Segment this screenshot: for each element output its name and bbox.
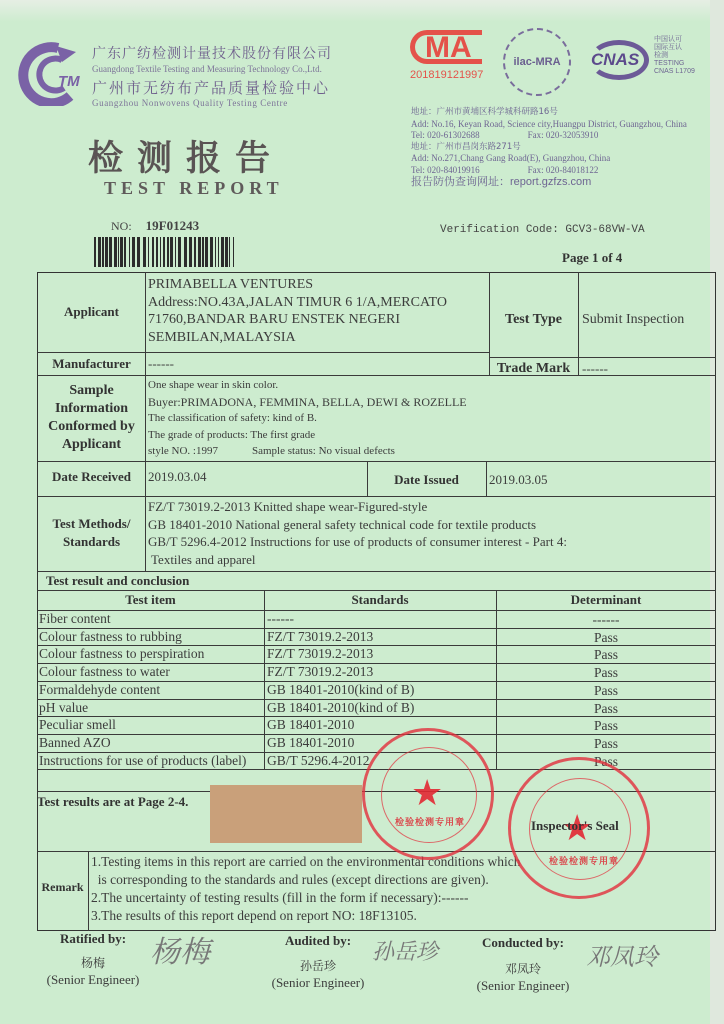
report-title-en: TEST REPORT [104, 178, 284, 199]
date-received-value: 2019.03.04 [148, 469, 207, 485]
test-type-label: Test Type [489, 312, 578, 328]
ratified-signature: 杨梅 [150, 927, 210, 971]
company-name-cn: 广东广纺检测计量技术股份有限公司 [92, 43, 332, 63]
cnas-accreditation-text: 中国认可 国际互认 检测 TESTING CNAS L1709 [654, 36, 695, 76]
test-determinant: Pass [496, 647, 716, 663]
manufacturer-value: ------ [148, 356, 174, 372]
remark-text: 1.Testing items in this report are carri… [91, 853, 520, 925]
table-row-divider [37, 734, 716, 735]
barcode-icon [94, 237, 234, 267]
audited-by-label: Audited by: [265, 933, 371, 949]
test-item: Formaldehyde content [39, 682, 160, 698]
test-item: Banned AZO [39, 735, 111, 751]
test-type-value: Submit Inspection [582, 312, 684, 328]
cnas-icon: CNAS [589, 40, 649, 80]
test-standard: FZ/T 73019.2-2013 [267, 646, 373, 662]
test-standard: FZ/T 73019.2-2013 [267, 629, 373, 645]
test-item: Colour fastness to rubbing [39, 629, 182, 645]
centre-name-en: Guangzhou Nonwovens Quality Testing Cent… [92, 98, 332, 108]
column-header: Determinant [496, 592, 716, 608]
audited-by-name: 孙岳珍 [265, 957, 371, 974]
test-standard: GB 18401-2010(kind of B) [267, 682, 414, 698]
sample-info-value: One shape wear in skin color. Buyer:PRIM… [148, 377, 467, 460]
trade-mark-label: Trade Mark [489, 361, 578, 377]
inspector-seal-label: Inspector's Seal [531, 818, 619, 834]
results-pages-note: Test results are at Page 2-4. [37, 794, 188, 810]
column-header: Test item [37, 592, 264, 608]
trade-mark-value: ------ [582, 361, 608, 377]
ilac-mra-icon: ilac-MRA [503, 28, 571, 96]
test-standard: ------ [267, 611, 294, 627]
audited-by-title: (Senior Engineer) [260, 975, 376, 991]
test-item: pH value [39, 700, 88, 716]
report-number: NO:19F01243 [111, 218, 199, 234]
test-determinant: Pass [496, 683, 716, 699]
company-stamp-icon: ★ 检验检测专用章 [362, 728, 494, 860]
test-standard: GB/T 5296.4-2012 [267, 753, 370, 769]
test-standard: FZ/T 73019.2-2013 [267, 664, 373, 680]
address-block: 地址：广州市黄埔区科学城科研路16号 Add: No.16, Keyan Roa… [411, 107, 687, 189]
paper-top-edge [0, 0, 724, 22]
verification-code: Verification Code: GCV3-68VW-VA [440, 224, 645, 236]
svg-text:TM: TM [58, 73, 80, 90]
test-item: Peculiar smell [39, 717, 116, 733]
page-indicator: Page 1 of 4 [562, 250, 622, 266]
test-standard: GB 18401-2010(kind of B) [267, 700, 414, 716]
test-item: Colour fastness to water [39, 664, 170, 680]
test-methods-label: Test Methods/ Standards [38, 515, 145, 551]
test-standard: GB 18401-2010 [267, 717, 354, 733]
audited-signature: 孙岳珍 [372, 935, 438, 966]
redaction-tape [210, 785, 362, 843]
test-determinant: Pass [496, 736, 716, 752]
test-determinant: ------ [496, 612, 716, 628]
test-determinant: Pass [496, 701, 716, 717]
sample-info-label: Sample Information Conformed by Applican… [38, 382, 145, 454]
company-name-en: Guangdong Textile Testing and Measuring … [92, 64, 332, 74]
conducted-by-name: 邓凤玲 [470, 960, 576, 977]
test-determinant: Pass [496, 665, 716, 681]
test-item: Instructions for use of products (label) [39, 753, 246, 769]
date-received-label: Date Received [38, 469, 145, 485]
test-item: Fiber content [39, 611, 111, 627]
manufacturer-label: Manufacturer [38, 356, 145, 372]
applicant-value: PRIMABELLA VENTURES Address:NO.43A,JALAN… [148, 276, 447, 346]
remark-label: Remark [37, 880, 88, 895]
centre-name-cn: 广州市无纺布产品质量检验中心 [92, 77, 332, 98]
date-issued-value: 2019.03.05 [489, 472, 548, 488]
test-determinant: Pass [496, 718, 716, 734]
ratified-by-title: (Senior Engineer) [35, 972, 151, 988]
organization-block: 广东广纺检测计量技术股份有限公司 Guangdong Textile Testi… [92, 43, 332, 108]
conducted-signature: 邓凤玲 [586, 937, 658, 972]
test-determinant: Pass [496, 630, 716, 646]
applicant-label: Applicant [38, 304, 145, 320]
report-title-cn: 检测报告 [88, 131, 284, 181]
conducted-by-title: (Senior Engineer) [465, 978, 581, 994]
verification-website: 报告防伪查询网址：report.gzfzs.com [411, 177, 687, 189]
conducted-by-label: Conducted by: [470, 935, 576, 951]
test-standard: GB 18401-2010 [267, 735, 354, 751]
cma-number: 201819121997 [410, 69, 486, 81]
ratified-by-label: Ratified by: [40, 931, 146, 947]
test-item: Colour fastness to perspiration [39, 646, 204, 662]
test-methods-value: FZ/T 73019.2-2013 Knitted shape wear-Fig… [148, 498, 567, 568]
ratified-by-name: 杨梅 [40, 954, 146, 971]
date-issued-label: Date Issued [367, 472, 486, 488]
gtt-logo-icon: TM [18, 40, 90, 106]
column-header: Standards [264, 592, 496, 608]
table-row-divider [37, 716, 716, 717]
cma-mark: MA 201819121997 [410, 30, 486, 90]
cma-icon: MA [410, 30, 482, 64]
results-section-title: Test result and conclusion [46, 573, 189, 589]
